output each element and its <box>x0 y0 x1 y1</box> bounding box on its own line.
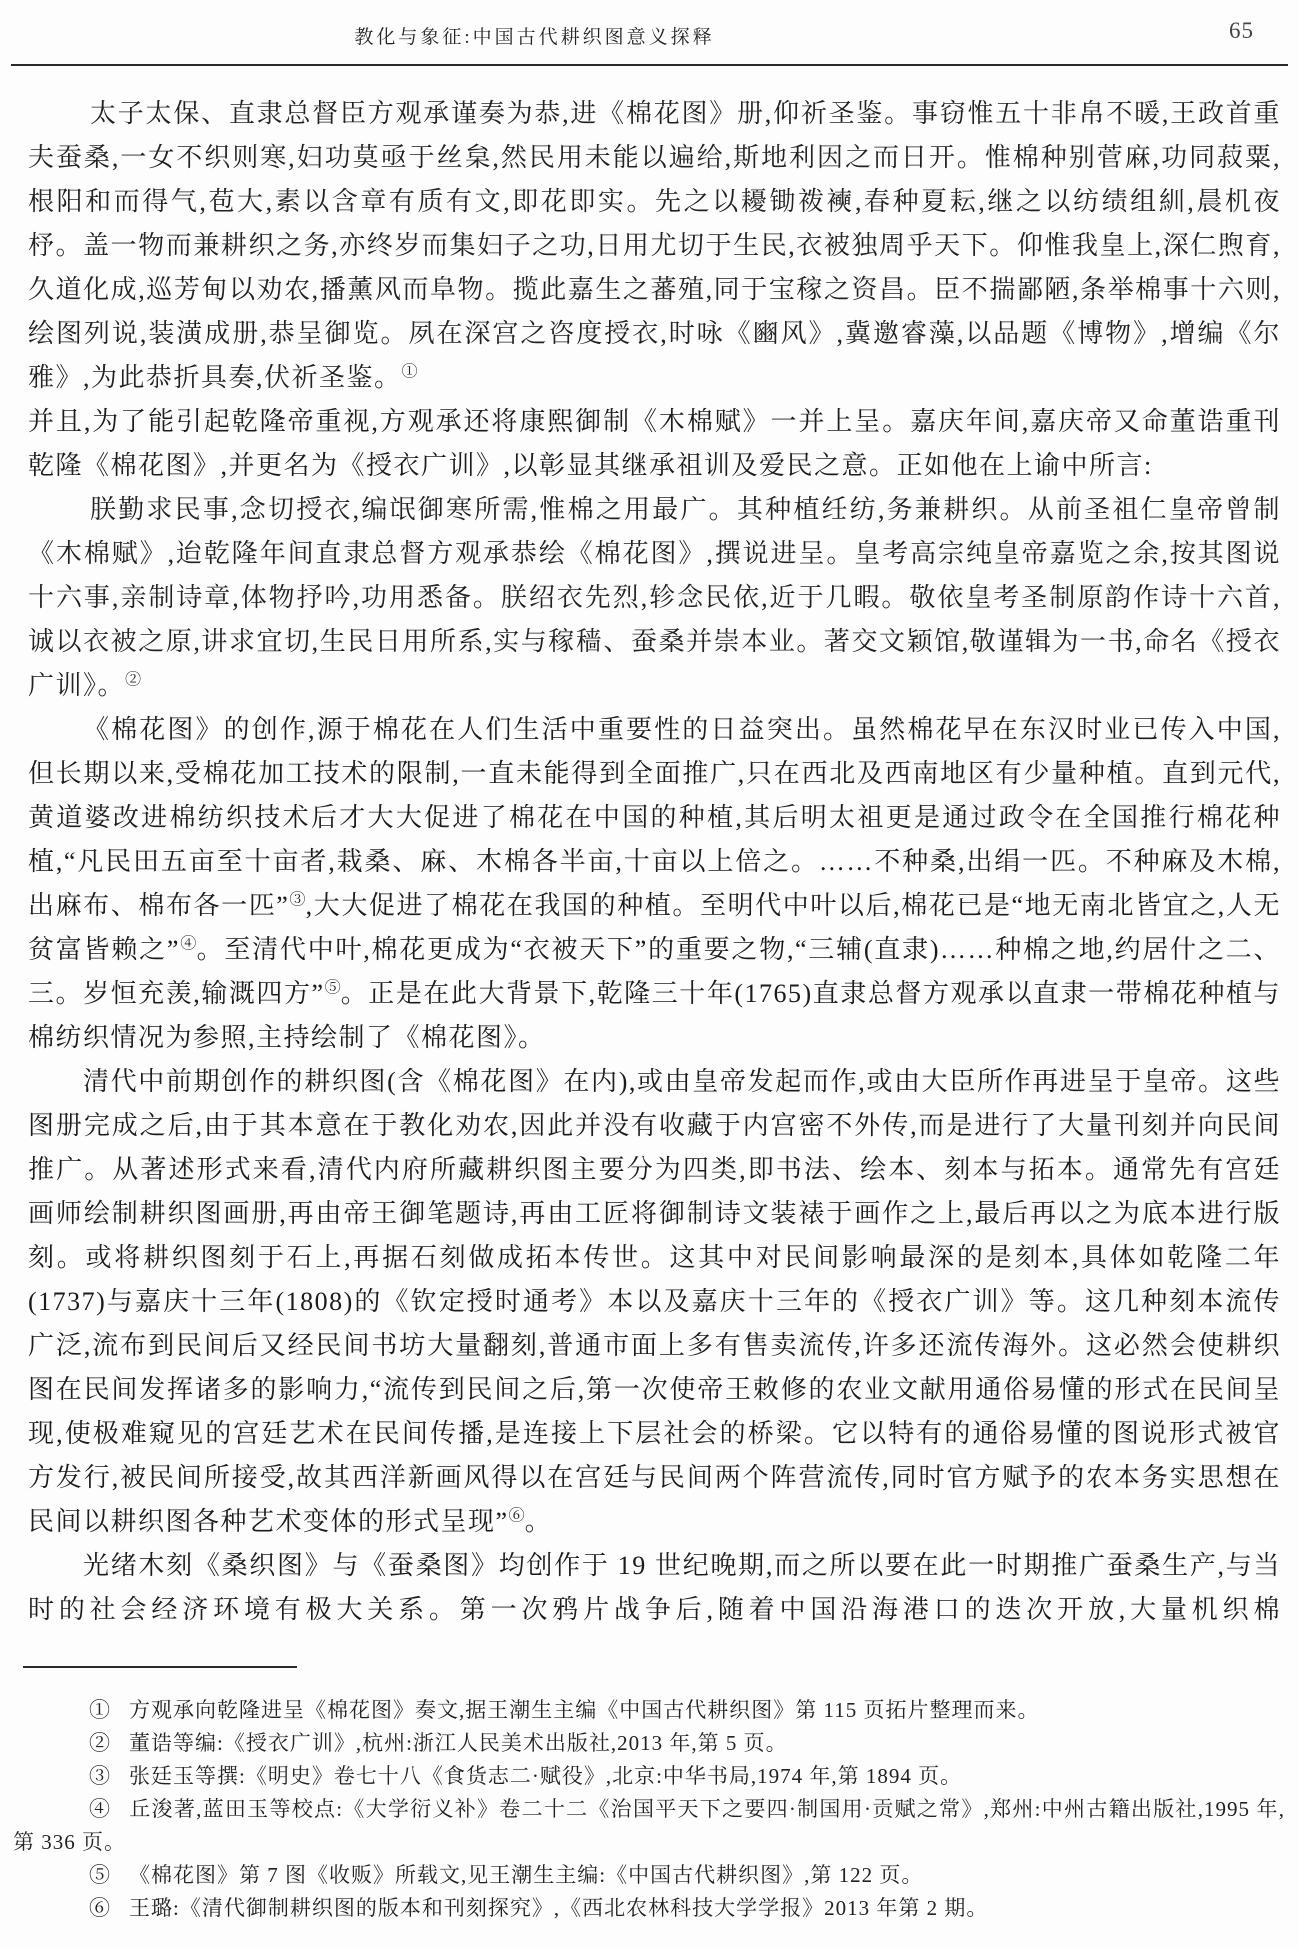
footnote-marker-3: ③ <box>89 1764 129 1788</box>
footnotes-section: ①方观承向乾隆进呈《棉花图》奏文,据王潮生主编《中国古代耕织图》第 115 页拓… <box>13 1694 1285 1925</box>
footnote-text-1: 方观承向乾隆进呈《棉花图》奏文,据王潮生主编《中国古代耕织图》第 115 页拓片… <box>129 1698 1039 1722</box>
footnote-item-3: ③张廷玉等撰:《明史》卷七十八《食货志二·赋役》,北京:中华书局,1974 年,… <box>13 1760 1285 1793</box>
footnote-separator <box>23 1666 297 1668</box>
paragraph-guangxu-woodcuts: 光绪木刻《桑织图》与《蚕桑图》均创作于 19 世纪晚期,而之所以要在此一时期推广… <box>28 1544 1281 1632</box>
footnote-item-6: ⑥王璐:《清代御制耕织图的版本和刊刻探究》,《西北农林科技大学学报》2013 年… <box>13 1892 1285 1925</box>
footnote-marker-4: ④ <box>89 1797 129 1821</box>
paragraph-qing-editions: 清代中前期创作的耕织图(含《棉花图》在内),或由皇帝发起而作,或由大臣所作再进呈… <box>28 1060 1281 1544</box>
footnote-item-2: ②董诰等编:《授衣广训》,杭州:浙江人民美术出版社,2013 年,第 5 页。 <box>13 1727 1285 1760</box>
footnote-item-4: ④丘浚著,蓝田玉等校点:《大学衍义补》卷二十二《治国平天下之要四·制国用·贡赋之… <box>13 1793 1285 1859</box>
footnote-text-2: 董诰等编:《授衣广训》,杭州:浙江人民美术出版社,2013 年,第 5 页。 <box>129 1731 788 1755</box>
article-body: 太子太保、直隶总督臣方观承谨奏为恭,进《棉花图》册,仰祈圣鉴。事窃惟五十非帛不暖… <box>28 92 1281 1632</box>
footnote-marker-2: ② <box>89 1731 129 1755</box>
footnote-text-4: 丘浚著,蓝田玉等校点:《大学衍义补》卷二十二《治国平天下之要四·制国用·贡赋之常… <box>13 1797 1285 1854</box>
footnote-item-5: ⑤《棉花图》第 7 图《收贩》所载文,见王潮生主编:《中国古代耕织图》,第 12… <box>13 1859 1285 1892</box>
footnote-text-5: 《棉花图》第 7 图《收贩》所载文,见王潮生主编:《中国古代耕织图》,第 122… <box>129 1863 923 1887</box>
paragraph-jiaqing-intro: 并且,为了能引起乾隆帝重视,方观承还将康熙御制《木棉赋》一并上呈。嘉庆年间,嘉庆… <box>28 400 1281 488</box>
quote-fang-guancheng-memorial: 太子太保、直隶总督臣方观承谨奏为恭,进《棉花图》册,仰祈圣鉴。事窃惟五十非帛不暖… <box>28 92 1281 400</box>
footnote-text-3: 张廷玉等撰:《明史》卷七十八《食货志二·赋役》,北京:中华书局,1974 年,第… <box>129 1764 962 1788</box>
footnote-text-6: 王璐:《清代御制耕织图的版本和刊刻探究》,《西北农林科技大学学报》2013 年第… <box>129 1896 988 1920</box>
footnote-marker-5: ⑤ <box>89 1863 129 1887</box>
quote-jiaqing-edict: 朕勤求民事,念切授衣,编氓御寒所需,惟棉之用最广。其种植纴纺,务兼耕织。从前圣祖… <box>28 488 1281 708</box>
paragraph-cotton-history: 《棉花图》的创作,源于棉花在人们生活中重要性的日益突出。虽然棉花早在东汉时业已传… <box>28 708 1281 1060</box>
header-rule <box>11 64 1288 66</box>
footnote-marker-6: ⑥ <box>89 1896 129 1920</box>
footnote-item-1: ①方观承向乾隆进呈《棉花图》奏文,据王潮生主编《中国古代耕织图》第 115 页拓… <box>13 1694 1285 1727</box>
running-title: 教化与象征:中国古代耕织图意义探释 <box>0 22 1184 49</box>
document-page: 教化与象征:中国古代耕织图意义探释 65 太子太保、直隶总督臣方观承谨奏为恭,进… <box>0 0 1299 1949</box>
page-number: 65 <box>1229 18 1254 44</box>
footnote-marker-1: ① <box>89 1698 129 1722</box>
